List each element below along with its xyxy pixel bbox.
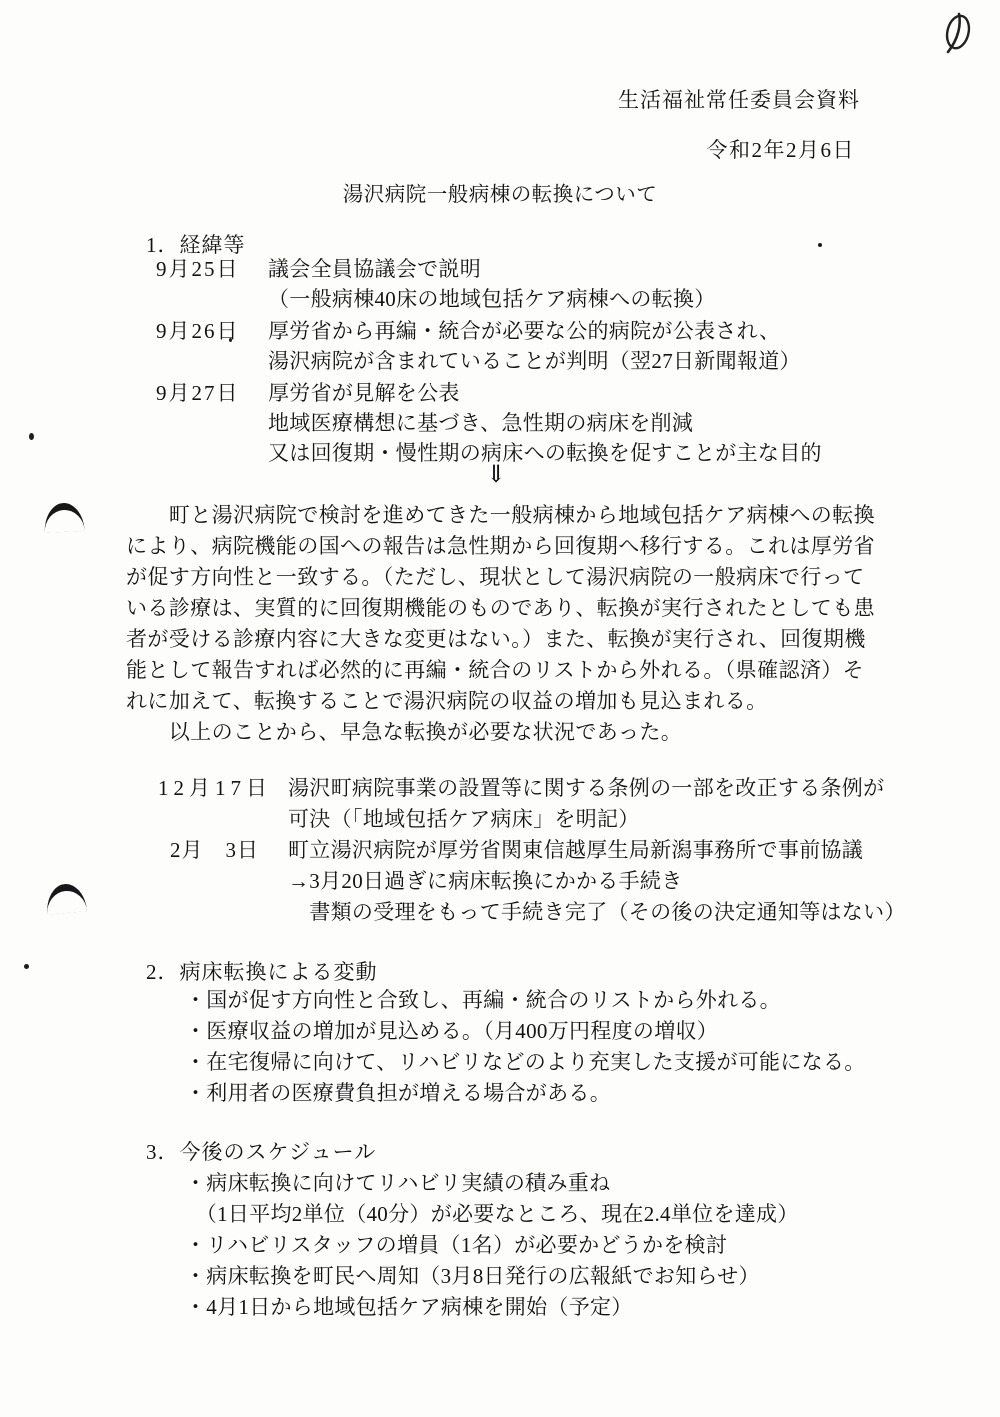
timeline-row: 12月17日 湯沢町病院事業の設置等に関する条例の一部を改正する条例が 可決（「… xyxy=(158,773,968,835)
timeline-entry-lines: 厚労省が見解を公表 地域医療構想に基づき、急性期の病床を削減 又は回復期・慢性期… xyxy=(268,378,956,468)
timeline-row: 9月25日 議会全員協議会で説明 （一般病棟40床の地域包括ケア病棟への転換） xyxy=(156,254,956,314)
committee-label: 生活福祉常任委員会資料 xyxy=(618,84,860,114)
timeline-entry-line: 町立湯沢病院が厚労省関東信越厚生局新潟事務所で事前協議 xyxy=(288,835,968,866)
section-2-heading: 2．病床転換による変動 xyxy=(146,956,378,986)
timeline-entry-line: 湯沢病院が含まれていることが判明（翌27日新聞報道） xyxy=(268,346,956,376)
timeline-entry-date: 2月 3日 xyxy=(158,835,288,928)
timeline-entry-date: 9月27日 xyxy=(156,378,268,468)
timeline-entry-line: 可決（「地域包括ケア病床」を明記） xyxy=(288,804,968,835)
timeline-entry-line: 厚労省が見解を公表 xyxy=(268,378,956,408)
scan-artifact-crescent xyxy=(45,882,87,914)
paragraph-line: 以上のことから、早急な転換が必要な状況であった。 xyxy=(126,717,888,748)
timeline-entry-line: 厚労省から再編・統合が必要な公的病院が公表され、 xyxy=(268,316,956,346)
section-3-heading: 3．今後のスケジュール xyxy=(146,1136,376,1166)
timeline-entry-line: 書類の受理をもって手続き完了（その後の決定通知等はない） xyxy=(288,897,968,928)
paragraph-line: れに加えて、転換することで湯沢病院の収益の増加も見込まれる。 xyxy=(126,686,888,717)
bullet-item: （1日平均2単位（40分）が必要なところ、現在2.4単位を達成） xyxy=(185,1199,799,1230)
paragraph-line: 能として報告すれば必然的に再編・統合のリストから外れる。（県確認済）そ xyxy=(126,655,888,686)
timeline-entry-line: 地域医療構想に基づき、急性期の病床を削減 xyxy=(268,408,956,438)
handwritten-page-number-icon xyxy=(936,8,978,58)
scan-artifact-dot xyxy=(229,338,232,342)
timeline-recent: 12月17日 湯沢町病院事業の設置等に関する条例の一部を改正する条例が 可決（「… xyxy=(158,773,968,928)
timeline-entry-lines: 町立湯沢病院が厚労省関東信越厚生局新潟事務所で事前協議 →3月20日過ぎに病床転… xyxy=(288,835,968,928)
scan-artifact-dot xyxy=(818,243,822,247)
timeline-entry-date: 12月17日 xyxy=(158,773,288,835)
timeline-history: 9月25日 議会全員協議会で説明 （一般病棟40床の地域包括ケア病棟への転換） … xyxy=(156,254,956,470)
timeline-entry-line: 湯沢町病院事業の設置等に関する条例の一部を改正する条例が xyxy=(288,773,968,804)
document-date: 令和2年2月6日 xyxy=(707,134,856,164)
explanatory-paragraph: 町と湯沢病院で検討を進めてきた一般病棟から地域包括ケア病棟への転換 により、病院… xyxy=(126,500,888,748)
timeline-entry-line: （一般病棟40床の地域包括ケア病棟への転換） xyxy=(268,284,956,314)
timeline-entry-line: 又は回復期・慢性期の病床への転換を促すことが主な目的 xyxy=(268,438,956,468)
timeline-entry-line: 議会全員協議会で説明 xyxy=(268,254,956,284)
timeline-row: 2月 3日 町立湯沢病院が厚労省関東信越厚生局新潟事務所で事前協議 →3月20日… xyxy=(158,835,968,928)
timeline-row: 9月26日 厚労省から再編・統合が必要な公的病院が公表され、 湯沢病院が含まれて… xyxy=(156,316,956,376)
scanned-document-page: 生活福祉常任委員会資料 令和2年2月6日 湯沢病院一般病棟の転換について 1．経… xyxy=(0,0,1000,1417)
timeline-entry-date: 9月26日 xyxy=(156,316,268,376)
bullet-item: ・在宅復帰に向けて、リハビリなどのより充実した支援が可能になる。 xyxy=(185,1047,866,1078)
bullet-item: ・医療収益の増加が見込める。（月400万円程度の増収） xyxy=(185,1016,866,1047)
paragraph-line: 町と湯沢病院で検討を進めてきた一般病棟から地域包括ケア病棟への転換 xyxy=(126,500,888,531)
bullet-item: ・利用者の医療費負担が増える場合がある。 xyxy=(185,1078,866,1109)
scan-artifact-dot xyxy=(29,433,34,440)
timeline-entry-date: 9月25日 xyxy=(156,254,268,314)
paragraph-line: いる診療は、実質的に回復期機能のものであり、転換が実行されたとしても患 xyxy=(126,593,888,624)
bullet-item: ・病床転換を町民へ周知（3月8日発行の広報紙でお知らせ） xyxy=(185,1261,799,1292)
timeline-entry-lines: 議会全員協議会で説明 （一般病棟40床の地域包括ケア病棟への転換） xyxy=(268,254,956,314)
document-title: 湯沢病院一般病棟の転換について xyxy=(0,177,1000,207)
paragraph-line: 者が受ける診療内容に大きな変更はない。）また、転換が実行され、回復期機 xyxy=(126,624,888,655)
scan-artifact-crescent xyxy=(43,502,84,533)
bullet-item: ・リハビリスタッフの増員（1名）が必要かどうかを検討 xyxy=(185,1230,799,1261)
bullet-item: ・病床転換に向けてリハビリ実績の積み重ね xyxy=(185,1168,799,1199)
timeline-entry-lines: 厚労省から再編・統合が必要な公的病院が公表され、 湯沢病院が含まれていることが判… xyxy=(268,316,956,376)
timeline-entry-line: →3月20日過ぎに病床転換にかかる手続き xyxy=(288,866,968,897)
down-arrow-icon: ⇓ xyxy=(486,460,506,489)
bullet-item: ・4月1日から地域包括ケア病棟を開始（予定） xyxy=(185,1292,799,1323)
paragraph-line: により、病院機能の国への報告は急性期から回復期へ移行する。これは厚労省 xyxy=(126,531,888,562)
timeline-row: 9月27日 厚労省が見解を公表 地域医療構想に基づき、急性期の病床を削減 又は回… xyxy=(156,378,956,468)
bullet-item: ・国が促す方向性と合致し、再編・統合のリストから外れる。 xyxy=(185,985,866,1016)
section-3-bullet-list: ・病床転換に向けてリハビリ実績の積み重ね （1日平均2単位（40分）が必要なとこ… xyxy=(185,1168,799,1323)
section-2-bullet-list: ・国が促す方向性と合致し、再編・統合のリストから外れる。 ・医療収益の増加が見込… xyxy=(185,985,866,1109)
paragraph-line: が促す方向性と一致する。（ただし、現状として湯沢病院の一般病床で行って xyxy=(126,562,888,593)
timeline-entry-lines: 湯沢町病院事業の設置等に関する条例の一部を改正する条例が 可決（「地域包括ケア病… xyxy=(288,773,968,835)
scan-artifact-dot xyxy=(24,964,29,969)
